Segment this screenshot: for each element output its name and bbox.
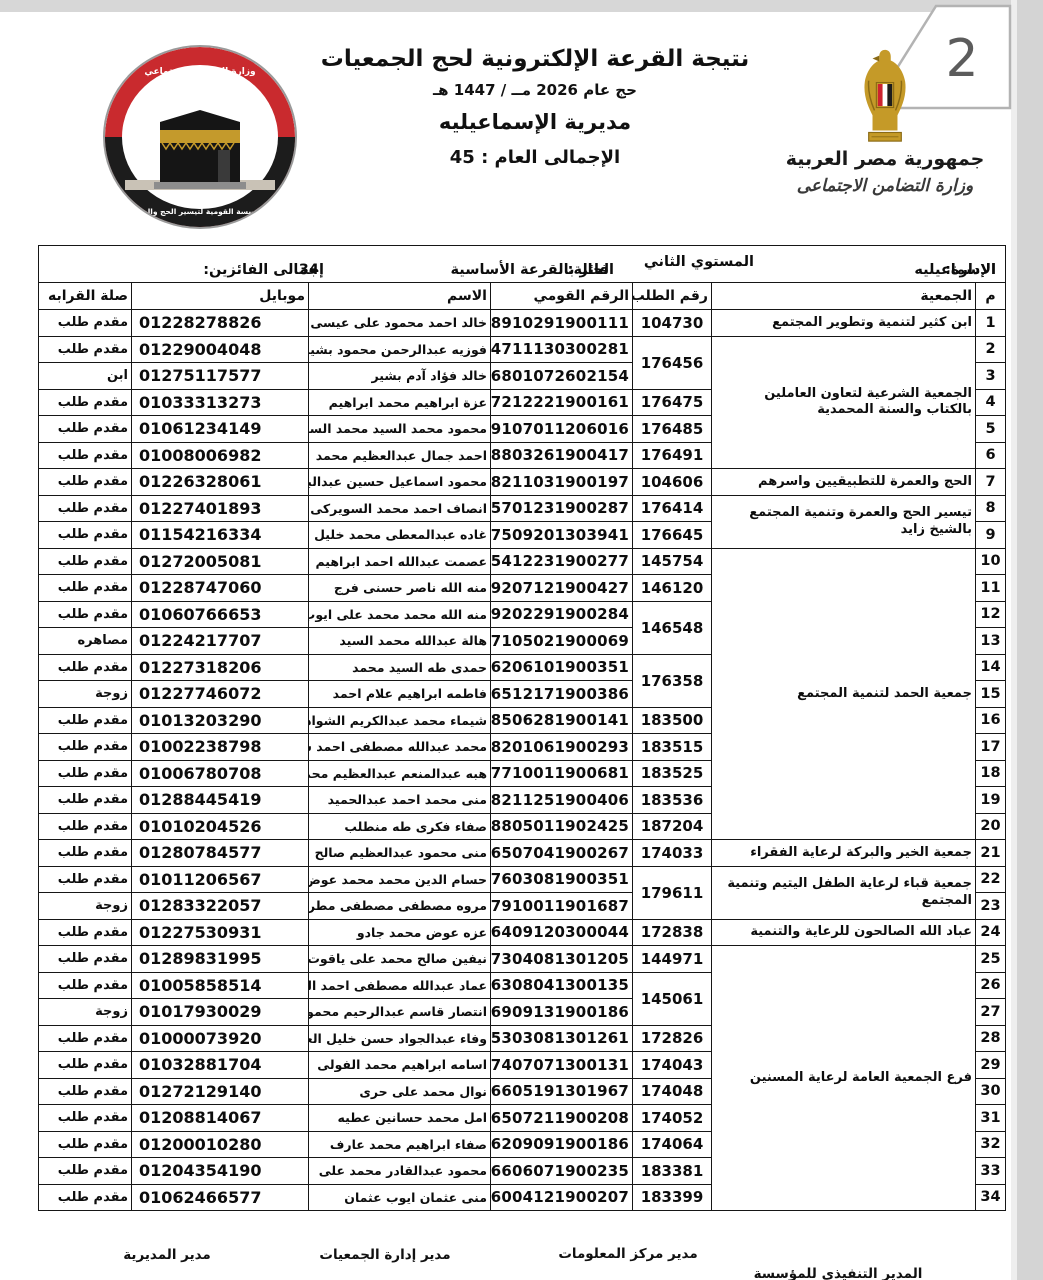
mobile-number: 01280784577 [132,840,309,867]
republic-name: جمهورية مصر العربية [770,148,1000,170]
relation: مقدم طلب [39,1078,132,1105]
mobile-number: 01275117577 [132,363,309,390]
national-id: 26507211900208 [491,1105,633,1132]
person-name: محمود عبدالقادر محمد على [309,1158,491,1185]
person-name: عزة ابراهيم محمد ابراهيم [309,389,491,416]
document-title-block: نتيجة القرعة الإلكترونية لحج الجمعيات حج… [295,46,775,168]
row-number: 22 [976,866,1006,893]
relation: مقدم طلب [39,919,132,946]
person-name: منه الله ناصر حسنى فرج [309,575,491,602]
request-number: 176456 [633,336,712,389]
relation: زوجة [39,681,132,708]
national-id: 26004121900207 [491,1184,633,1211]
person-name: حمدى طه السيد محمد [309,654,491,681]
national-id: 28211251900406 [491,787,633,814]
person-name: منى محمد احمد عبدالحميد [309,787,491,814]
row-number: 30 [976,1078,1006,1105]
mobile-number: 01228747060 [132,575,309,602]
relation: مقدم طلب [39,787,132,814]
relation: زوجة [39,999,132,1026]
national-id: 29207121900427 [491,575,633,602]
national-id: 26909131900186 [491,999,633,1026]
request-number: 174052 [633,1105,712,1132]
row-number: 3 [976,363,1006,390]
row-number: 4 [976,389,1006,416]
column-header-mobile: موبايل [132,283,309,310]
request-number: 174064 [633,1131,712,1158]
row-number: 9 [976,522,1006,549]
national-id: 26209091900186 [491,1131,633,1158]
person-name: هبه عبدالمنعم عبدالعظيم محمد السيد [309,760,491,787]
mobile-number: 01227318206 [132,654,309,681]
request-number: 174033 [633,840,712,867]
row-number: 11 [976,575,1006,602]
row-number: 31 [976,1105,1006,1132]
relation: مقدم طلب [39,548,132,575]
mobile-number: 01204354190 [132,1158,309,1185]
national-id: 27710011900681 [491,760,633,787]
request-number: 176485 [633,416,712,443]
row-number: 5 [976,416,1006,443]
row-number: 34 [976,1184,1006,1211]
request-number: 183536 [633,787,712,814]
mobile-number: 01228278826 [132,310,309,337]
person-name: هالة عبدالله محمد السيد [309,628,491,655]
association-name: تيسير الحج والعمرة وتنمية المجتمع بالشيخ… [712,495,976,548]
level-field: المستوي الثاني [644,254,754,270]
person-name: خالد احمد محمود على عيسى [309,310,491,337]
national-id: 28506281900141 [491,707,633,734]
table-body: 1ابن كثير لتنمية وتطوير المجتمع104730289… [39,310,1006,1211]
row-number: 21 [976,840,1006,867]
person-name: صفاء فكرى طه منطلب [309,813,491,840]
national-id: 25701231900287 [491,495,633,522]
mobile-number: 01061234149 [132,416,309,443]
request-number: 183515 [633,734,712,761]
row-number: 23 [976,893,1006,920]
row-number: 28 [976,1025,1006,1052]
signature-directorate-manager: مدير المديرية [92,1247,242,1263]
association-name: ابن كثير لتنمية وتطوير المجتمع [712,310,976,337]
directorate-line: مديرية الإسماعيليه [295,110,775,134]
mobile-number: 01006780708 [132,760,309,787]
request-number: 172838 [633,919,712,946]
person-name: صفاء ابراهيم محمد عارف [309,1131,491,1158]
table-row: 8تيسير الحج والعمرة وتنمية المجتمع بالشي… [39,495,1006,522]
person-name: عصمت عبدالله احمد ابراهيم [309,548,491,575]
mobile-number: 01060766653 [132,601,309,628]
national-id: 28211031900197 [491,469,633,496]
relation: مقدم طلب [39,601,132,628]
hajj-foundation-seal-icon: وزارة التضامن الاجتماعي المؤسسة القومية … [100,42,300,236]
mobile-number: 01229004048 [132,336,309,363]
mobile-number: 01013203290 [132,707,309,734]
column-header-national-id: الرقم القومي [491,283,633,310]
national-id: 27407071300131 [491,1052,633,1079]
mobile-number: 01227746072 [132,681,309,708]
national-id: 25412231900277 [491,548,633,575]
mobile-number: 01005858514 [132,972,309,999]
request-number: 174048 [633,1078,712,1105]
person-name: منى محمود عبدالعظيم صالح [309,840,491,867]
column-header-number: م [976,283,1006,310]
relation: مقدم طلب [39,310,132,337]
mobile-number: 01226328061 [132,469,309,496]
national-id: 26206101900351 [491,654,633,681]
table-info-row: الإدارة: الاسماعيليه المستوي الثاني الحا… [39,246,1006,283]
mobile-number: 01208814067 [132,1105,309,1132]
national-id: 27212221900161 [491,389,633,416]
table-header-row: م الجمعية رقم الطلب الرقم القومي الاسم م… [39,283,1006,310]
relation: مقدم طلب [39,840,132,867]
row-number: 12 [976,601,1006,628]
row-number: 16 [976,707,1006,734]
association-name: عباد الله الصالحون للرعاية والتنمية [712,919,976,946]
request-number: 176414 [633,495,712,522]
mobile-number: 01289831995 [132,946,309,973]
relation: مقدم طلب [39,1131,132,1158]
national-id: 27910011901687 [491,893,633,920]
row-number: 10 [976,548,1006,575]
mobile-number: 01017930029 [132,999,309,1026]
person-name: امل محمد حسانين عطيه [309,1105,491,1132]
row-number: 26 [976,972,1006,999]
relation: مقدم طلب [39,416,132,443]
request-number: 145754 [633,548,712,575]
national-id: 27509201303941 [491,522,633,549]
mobile-number: 01010204526 [132,813,309,840]
person-name: عزه عوض محمد جادو [309,919,491,946]
relation: مقدم طلب [39,575,132,602]
relation: زوجة [39,893,132,920]
mobile-number: 01227530931 [132,919,309,946]
national-id: 27304081301205 [491,946,633,973]
request-number: 176358 [633,654,712,707]
relation: مقدم طلب [39,469,132,496]
person-name: محمد عبدالله مصطفى احمد سلمى [309,734,491,761]
relation: مقدم طلب [39,734,132,761]
signature-info-center-manager: مدير مركز المعلومات [548,1246,708,1262]
association-name: فرع الجمعية العامة لرعاية المسنين [712,946,976,1211]
national-id: 26512171900386 [491,681,633,708]
relation: مقدم طلب [39,760,132,787]
ministry-name-script: وزارة التضامن الاجتماعى [770,176,1000,196]
request-number: 172826 [633,1025,712,1052]
mobile-number: 01062466577 [132,1184,309,1211]
org-block: جمهورية مصر العربية وزارة التضامن الاجتم… [770,48,1000,196]
mobile-number: 01002238798 [132,734,309,761]
person-name: عماد عبدالله مصطفى احمد البحراوى [309,972,491,999]
mobile-number: 01033313273 [132,389,309,416]
relation: مقدم طلب [39,946,132,973]
request-number: 183399 [633,1184,712,1211]
column-header-association: الجمعية [712,283,976,310]
table-row: 7الحج والعمرة للتطبيقيين واسرهم104606282… [39,469,1006,496]
request-number: 187204 [633,813,712,840]
national-id: 26801072602154 [491,363,633,390]
person-name: اسامه ابراهيم محمد الفولى [309,1052,491,1079]
row-number: 13 [976,628,1006,655]
mobile-number: 01000073920 [132,1025,309,1052]
relation: مقدم طلب [39,336,132,363]
row-number: 33 [976,1158,1006,1185]
grand-total-line: الإجمالى العام : 45 [295,147,775,168]
info-row-cell: الإدارة: الاسماعيليه المستوي الثاني الحا… [39,246,1006,283]
row-number: 32 [976,1131,1006,1158]
person-name: وفاء عبدالجواد حسن خليل العطار [309,1025,491,1052]
national-id: 27105021900069 [491,628,633,655]
request-number: 183525 [633,760,712,787]
mobile-number: 01154216334 [132,522,309,549]
person-name: نوال محمد على حرى [309,1078,491,1105]
row-number: 20 [976,813,1006,840]
national-id: 26605191301967 [491,1078,633,1105]
status-field: الحالة: فائز بالقرعة الأساسية [609,254,614,270]
signature-executive-director: المدير التنفيذى للمؤسسة [748,1266,928,1280]
row-number: 19 [976,787,1006,814]
national-id: 29107011206016 [491,416,633,443]
person-name: نيفين صالح محمد على ياقوت [309,946,491,973]
request-number: 104606 [633,469,712,496]
request-number: 146548 [633,601,712,654]
request-number: 179611 [633,866,712,919]
request-number: 183500 [633,707,712,734]
relation: مقدم طلب [39,707,132,734]
request-number: 174043 [633,1052,712,1079]
national-id: 26507041900267 [491,840,633,867]
national-id: 28201061900293 [491,734,633,761]
row-number: 15 [976,681,1006,708]
relation: ابن [39,363,132,390]
person-name: خالد فؤاد آدم بشير [309,363,491,390]
national-id: 26308041300135 [491,972,633,999]
mobile-number: 01008006982 [132,442,309,469]
person-name: منى عثمان ايوب عثمان [309,1184,491,1211]
national-id: 28805011902425 [491,813,633,840]
person-name: محمود محمد السيد محمد السلامونى [309,416,491,443]
row-number: 24 [976,919,1006,946]
table-row: 24عباد الله الصالحون للرعاية والتنمية172… [39,919,1006,946]
request-number: 145061 [633,972,712,1025]
hajj-year-line: حج عام 2026 مــ / 1447 هـ [295,81,775,99]
person-name: حسام الدين محمد محمد عوض الشافعى [309,866,491,893]
egypt-eagle-icon [856,48,914,144]
relation: مقدم طلب [39,654,132,681]
table-row: 22جمعية قباء لرعاية الطفل اليتيم وتنمية … [39,866,1006,893]
person-name: انتصار قاسم عبدالرحيم محمود [309,999,491,1026]
table-row: 25فرع الجمعية العامة لرعاية المسنين14497… [39,946,1006,973]
column-header-name: الاسم [309,283,491,310]
person-name: مروه مصطفى مصطفى مطر النحله [309,893,491,920]
scanned-document-page: { "page": { "number": "2" }, "header": {… [0,0,1043,1280]
mobile-number: 01200010280 [132,1131,309,1158]
relation: مقدم طلب [39,813,132,840]
relation: مقدم طلب [39,495,132,522]
total-winners-field: إجمالى الفائزين: 34 [319,254,324,270]
person-name: انصاف احمد محمد السويركى [309,495,491,522]
request-number: 183381 [633,1158,712,1185]
national-id: 27603081900351 [491,866,633,893]
person-name: شيماء محمد عبدالكريم الشوادفى [309,707,491,734]
relation: مقدم طلب [39,442,132,469]
row-number: 25 [976,946,1006,973]
seal-top-band-text: وزارة التضامن الاجتماعي [144,67,255,77]
scan-edge-right [1017,0,1043,1280]
relation: مقدم طلب [39,1184,132,1211]
request-number: 146120 [633,575,712,602]
relation: مقدم طلب [39,1052,132,1079]
table-row: 10جمعية الحمد لتنمية المجتمع145754254122… [39,548,1006,575]
row-number: 8 [976,495,1006,522]
national-id: 26606071900235 [491,1158,633,1185]
mobile-number: 01288445419 [132,787,309,814]
national-id: 29202291900284 [491,601,633,628]
request-number: 176475 [633,389,712,416]
person-name: غاده عبدالمعطى محمد خليل [309,522,491,549]
association-name: جمعية قباء لرعاية الطفل اليتيم وتنمية ال… [712,866,976,919]
row-number: 1 [976,310,1006,337]
request-number: 176645 [633,522,712,549]
table-row: 1ابن كثير لتنمية وتطوير المجتمع104730289… [39,310,1006,337]
national-id: 26409120300044 [491,919,633,946]
association-name: الحج والعمرة للتطبيقيين واسرهم [712,469,976,496]
relation: مقدم طلب [39,522,132,549]
mobile-number: 01224217707 [132,628,309,655]
relation: مقدم طلب [39,1025,132,1052]
association-name: جمعية الخير والبركة لرعاية الفقراء [712,840,976,867]
relation: مقدم طلب [39,972,132,999]
row-number: 2 [976,336,1006,363]
relation: مصاهره [39,628,132,655]
row-number: 29 [976,1052,1006,1079]
association-name: الجمعية الشرعية لتعاون العاملين بالكتاب … [712,336,976,469]
row-number: 14 [976,654,1006,681]
relation: مقدم طلب [39,389,132,416]
mobile-number: 01272129140 [132,1078,309,1105]
national-id: 25303081301261 [491,1025,633,1052]
national-id: 28910291900111 [491,310,633,337]
table-row: 21جمعية الخير والبركة لرعاية الفقراء1740… [39,840,1006,867]
person-name: محمود اسماعيل حسين عبدالباقى [309,469,491,496]
association-name: جمعية الحمد لتنمية المجتمع [712,548,976,840]
lottery-results-table: الإدارة: الاسماعيليه المستوي الثاني الحا… [38,245,1006,1211]
mobile-number: 01283322057 [132,893,309,920]
person-name: منه الله محمد محمد على ايوب [309,601,491,628]
row-number: 7 [976,469,1006,496]
person-name: فوزيه عبدالرحمن محمود بشير [309,336,491,363]
mobile-number: 01032881704 [132,1052,309,1079]
relation: مقدم طلب [39,866,132,893]
mobile-number: 01227401893 [132,495,309,522]
person-name: احمد جمال عبدالعظيم محمد [309,442,491,469]
request-number: 176491 [633,442,712,469]
row-number: 18 [976,760,1006,787]
mobile-number: 01272005081 [132,548,309,575]
column-header-relation: صلة القرابه [39,283,132,310]
document-title: نتيجة القرعة الإلكترونية لحج الجمعيات [295,46,775,72]
row-number: 6 [976,442,1006,469]
row-number: 17 [976,734,1006,761]
relation: مقدم طلب [39,1105,132,1132]
row-number: 27 [976,999,1006,1026]
relation: مقدم طلب [39,1158,132,1185]
table-row: 2الجمعية الشرعية لتعاون العاملين بالكتاب… [39,336,1006,363]
request-number: 144971 [633,946,712,973]
signature-associations-manager: مدير إدارة الجمعيات [305,1247,465,1263]
column-header-request-no: رقم الطلب [633,283,712,310]
request-number: 104730 [633,310,712,337]
national-id: 24711130300281 [491,336,633,363]
mobile-number: 01011206567 [132,866,309,893]
national-id: 28803261900417 [491,442,633,469]
person-name: فاطمه ابراهيم علام احمد [309,681,491,708]
